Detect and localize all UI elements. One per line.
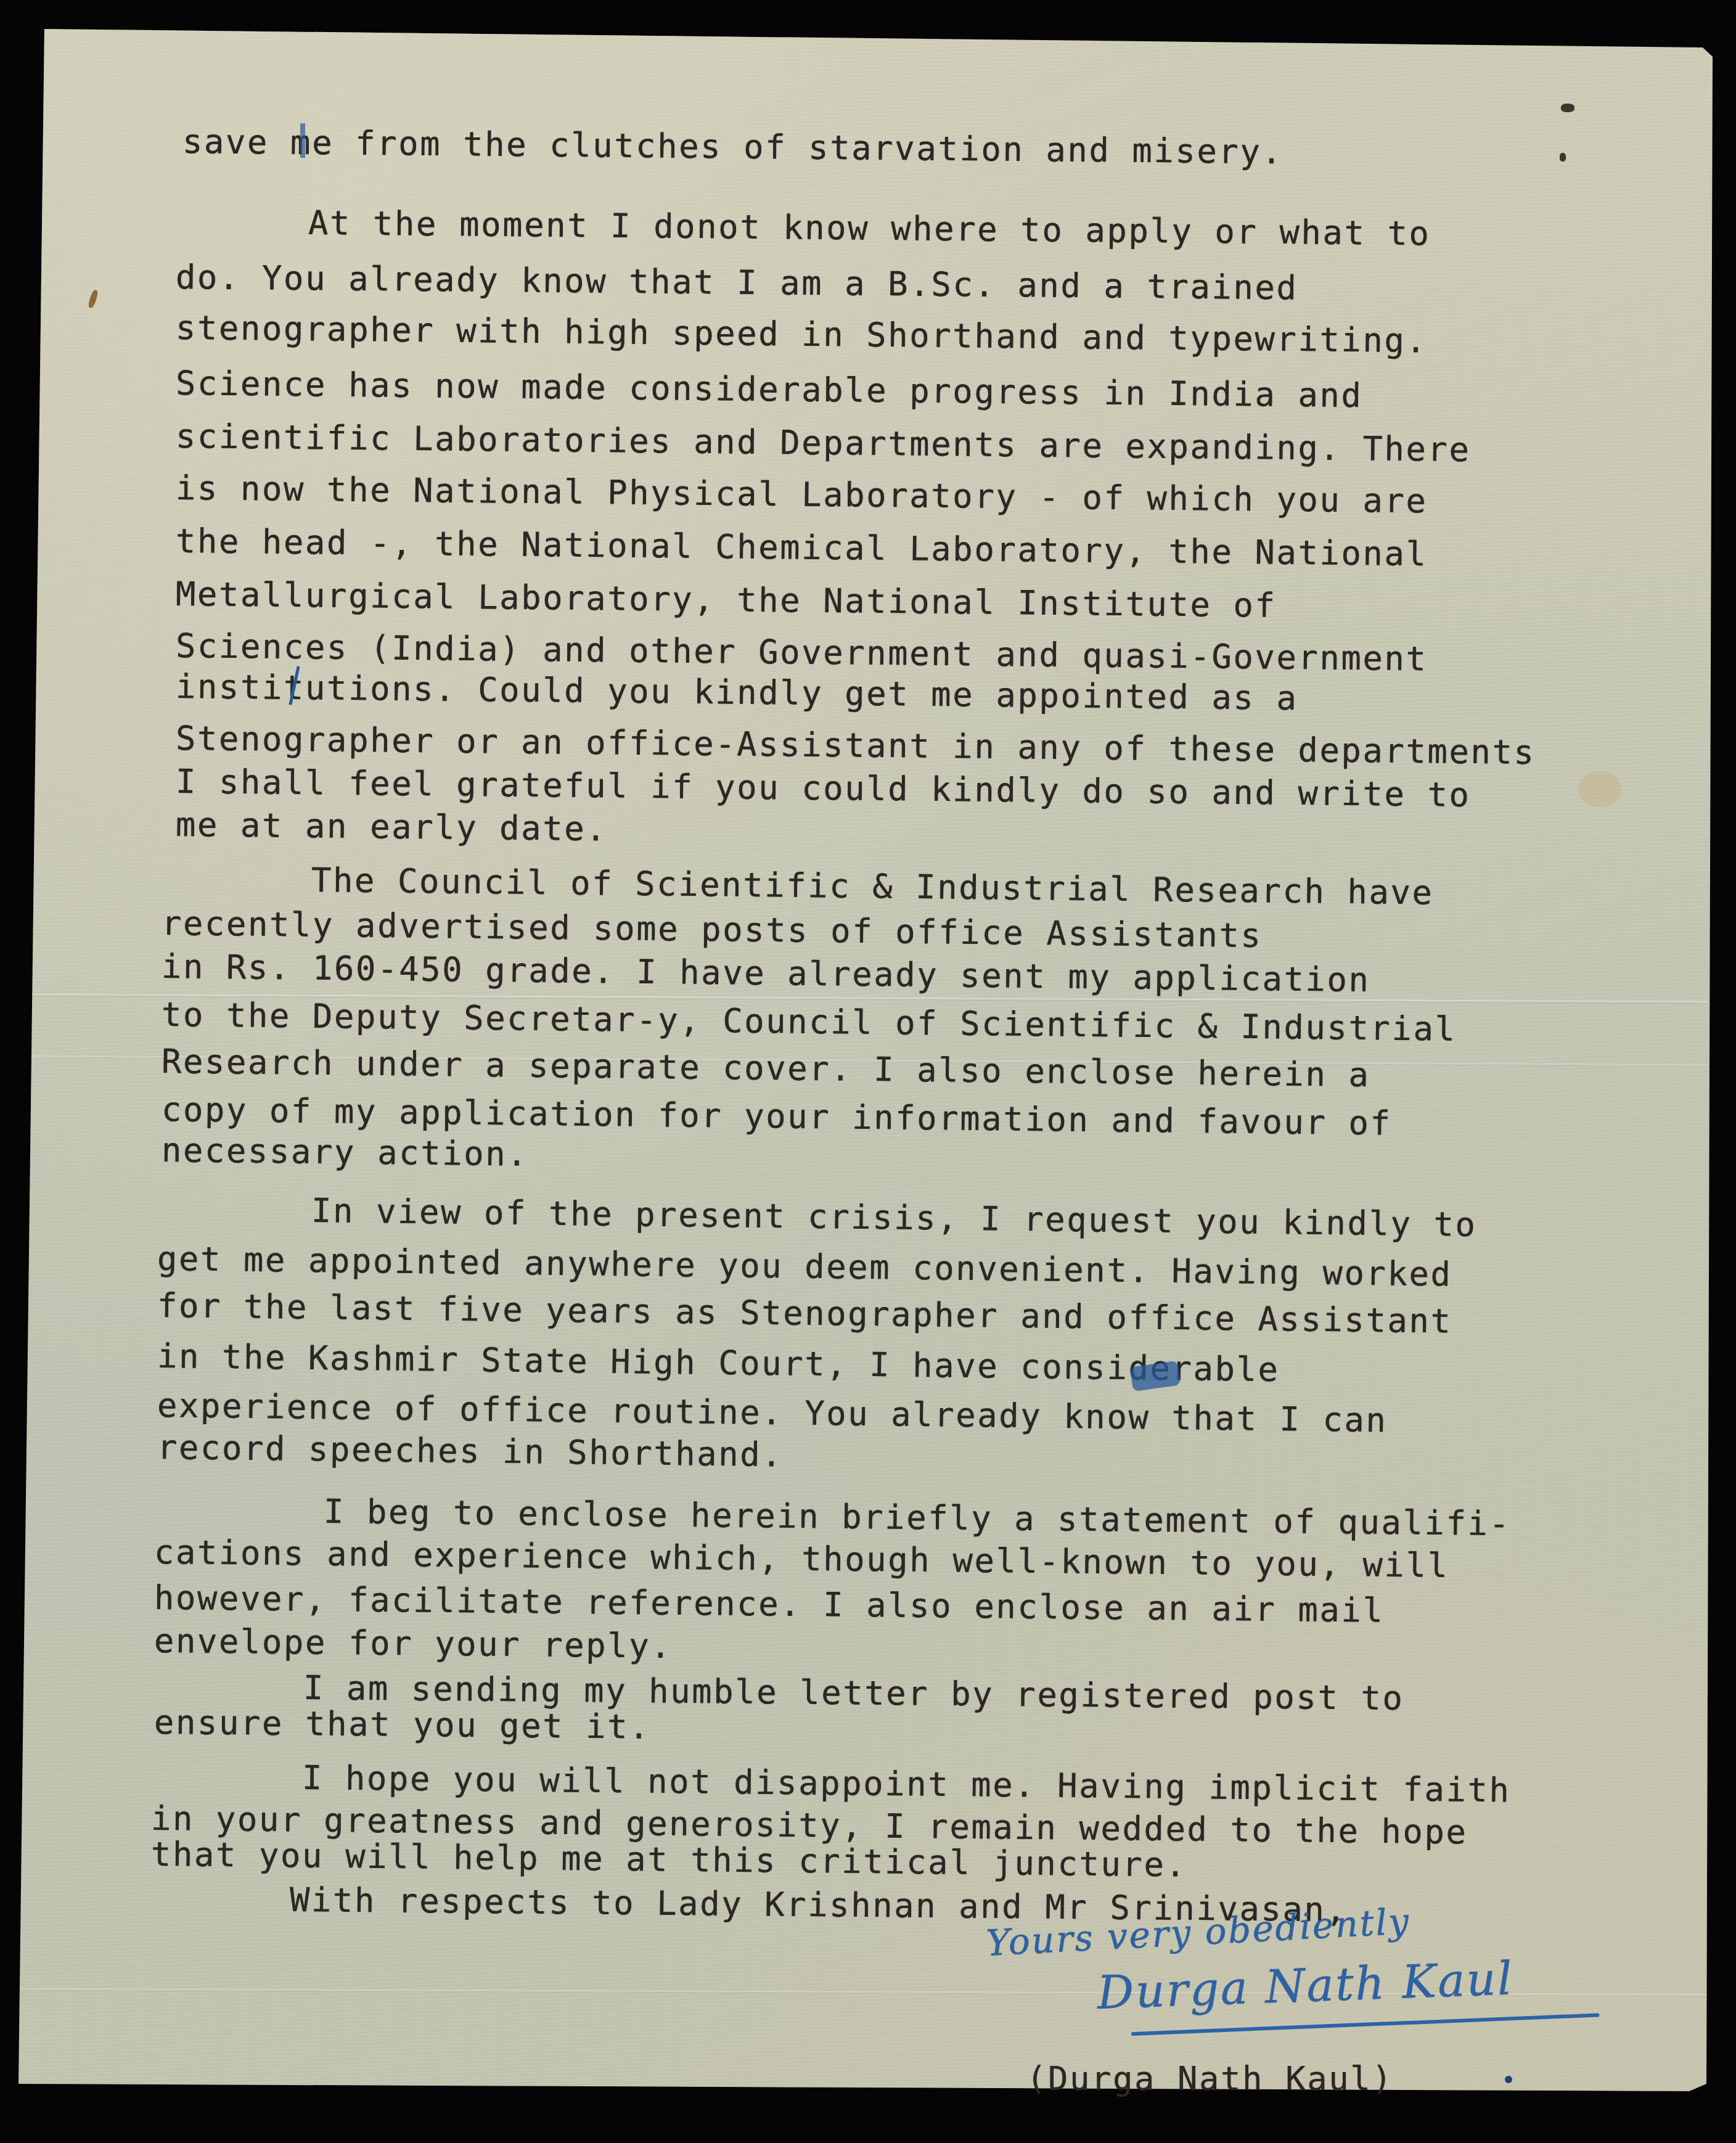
text-line: to the Deputy Secretar-y, Council of Sci… [162,995,1457,1049]
text-line: envelope for your reply. [154,1621,673,1666]
text-line: save me from the clutches of starvation … [182,122,1284,171]
letter-body: save me from the clutches of starvation … [0,0,1736,2143]
text-line: record speeches in Shorthand. [157,1428,784,1474]
text-line: scientific Laboratories and Departments … [176,417,1471,469]
text-line: At the moment I donot know where to appl… [308,203,1431,253]
text-line: however, facilitate reference. I also en… [154,1578,1385,1630]
text-line: for the last five years as Stenographer … [157,1286,1452,1341]
handwritten-signature: Durga Nath Kaul [1096,1952,1514,2020]
typed-name: (Durga Nath Kaul) [1026,2059,1393,2098]
signature-underline [1131,2014,1600,2036]
text-line: Research under a separate cover. I also … [162,1042,1370,1094]
text-line: the head -, the National Chemical Labora… [176,522,1428,573]
text-line: me at an early date. [176,805,608,848]
text-line: is now the National Physical Laboratory … [176,469,1428,520]
text-line: in Rs. 160-450 grade. I have already sen… [162,947,1370,999]
ink-dot [1505,2076,1512,2083]
text-line: do. You already know that I am a B.Sc. a… [176,258,1298,307]
ink-correction-mark [300,123,305,158]
text-line: necessary action. [162,1131,529,1174]
text-line: Metallurgical Laboratory, the National I… [176,575,1277,625]
text-line: I beg to enclose herein briefly a statem… [324,1492,1511,1543]
text-line: In view of the present crisis, I request… [311,1191,1477,1244]
text-line: I shall feel grateful if you could kindl… [176,762,1471,814]
text-line: in the Kashmir State High Court, I have … [157,1337,1280,1389]
text-line: recently advertised some posts of office… [162,904,1263,955]
text-line: Science has now made considerable progre… [176,364,1363,415]
text-line: stenographer with high speed in Shorthan… [176,308,1428,360]
text-line: ensure that you get it. [154,1703,651,1747]
text-line: The Council of Scientific & Industrial R… [311,861,1434,912]
text-line: get me appointed anywhere you deem conve… [157,1239,1452,1294]
